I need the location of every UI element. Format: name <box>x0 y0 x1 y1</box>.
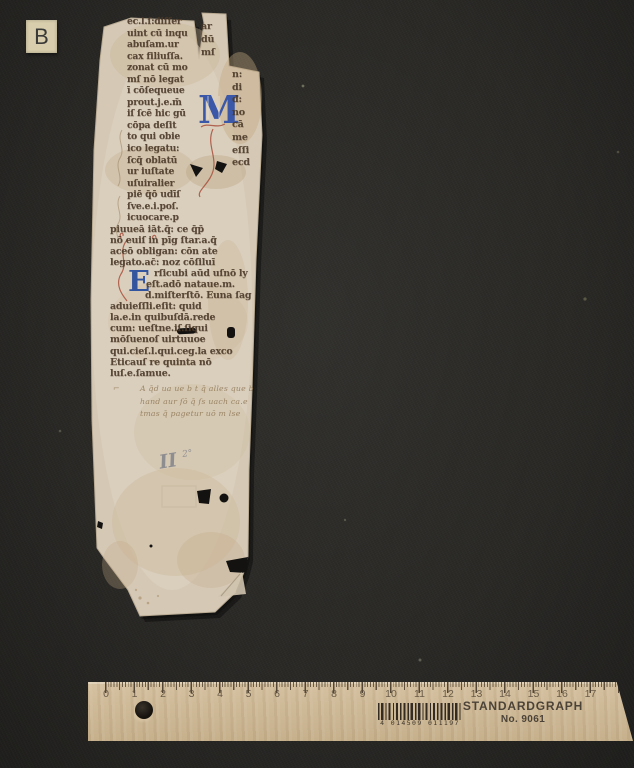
ruler-number: 17 <box>576 688 605 700</box>
text-line: la.e.in quibuſdā.rede <box>110 312 258 323</box>
text-line: ecd <box>232 157 262 170</box>
text-column-top-sliver: ardūmſ <box>201 20 229 59</box>
text-line: ur iuſtate <box>127 166 201 178</box>
gloss-line: tmas q̄ pagetur uō m lse <box>140 408 270 421</box>
text-block-main: piuueā iāt.q̄: ce q̄p̄nō euiſ in pīg ſta… <box>110 224 258 379</box>
text-line: piē q̄ō udīſ <box>127 189 201 201</box>
ruler-number: 5 <box>234 688 263 700</box>
text-line: di <box>232 82 262 95</box>
ruler-number: 0 <box>92 688 121 700</box>
text-line: nō euiſ in pīg ſtar.a.q̄ <box>110 235 258 246</box>
text-line: iſ ſcē hic gū <box>127 108 201 120</box>
text-line: mſ nō legat <box>127 74 201 86</box>
text-line: zonat cū mo <box>127 62 201 74</box>
text-line: dū <box>201 33 229 46</box>
ruler-brand-name: STANDARDGRAPH <box>448 699 598 713</box>
marginal-gloss: A q̄d ua ue b t q̄ alles que bhand aur ſ… <box>140 383 270 421</box>
ruler-number: 13 <box>462 688 491 700</box>
plate-label-b: B <box>26 20 57 53</box>
text-line: piuueā iāt.q̄: ce q̄p̄ <box>110 224 258 235</box>
ruler-number: 4 <box>206 688 235 700</box>
ruler-number: 14 <box>491 688 520 700</box>
ruler-number: 3 <box>177 688 206 700</box>
ruler-number: 15 <box>519 688 548 700</box>
ruler-number: 16 <box>548 688 577 700</box>
text-line: ī cōſequeue <box>127 85 201 97</box>
ruler-number: 6 <box>263 688 292 700</box>
text-line: Eticauſ re quinta nō <box>110 357 258 368</box>
text-line: ſve.e.i.poſ. <box>127 201 201 213</box>
text-line: eſt.adō nataue.m. <box>110 279 258 290</box>
text-line: aceō obligan: cōn ate <box>110 246 258 257</box>
text-line: cax filiuſſa. <box>127 51 201 63</box>
ruler-number: 2 <box>149 688 178 700</box>
ruler-number: 1 <box>120 688 149 700</box>
text-line: me <box>232 132 262 145</box>
text-line: to qui obie <box>127 131 201 143</box>
text-line: no <box>232 107 262 120</box>
text-column-left: ec.l.ſ:diſſeruint cū inquabuſam.urcax fi… <box>127 16 201 224</box>
text-line: legato.ac̄: noz cōſiluī <box>110 257 258 268</box>
text-line: qui.cieſ.l.qui.ceg.la exco <box>110 346 258 357</box>
text-line: cā <box>232 119 262 132</box>
pencil-folio-mark: 2° <box>181 448 194 460</box>
gloss-line: hand aur ſō q̄ ſs uach ca.e <box>140 396 270 409</box>
text-line: uint cū inqu <box>127 28 201 40</box>
text-line: mōſuenoſ uirtuuoe <box>110 334 258 345</box>
gloss-line: A q̄d ua ue b t q̄ alles que b <box>140 383 270 396</box>
text-line: d.miſterſtō. Euna ſag <box>110 290 258 301</box>
ruler-hanging-hole <box>135 701 153 719</box>
manuscript-fragment: M E II 2° <box>0 0 634 768</box>
text-line: abuſam.ur <box>127 39 201 51</box>
gloss-paragraph-mark: ⌐ <box>113 384 120 393</box>
ruler-number: 11 <box>405 688 434 700</box>
text-line: ico legatu: <box>127 143 201 155</box>
text-line: cum: ueſtne.iſ.ſiqui <box>110 323 258 334</box>
ruler: 01234567891011121314151617 4 014509 0111… <box>88 682 633 741</box>
text-line: uſuiralier <box>127 178 201 190</box>
text-line: rſicubi aūd uſnō ly <box>110 268 258 279</box>
ruler-numbers: 01234567891011121314151617 <box>92 688 605 700</box>
ruler-number: 7 <box>291 688 320 700</box>
ruler-model-number: No. 9061 <box>448 714 598 725</box>
ruler-number: 10 <box>377 688 406 700</box>
ruler-number: 8 <box>320 688 349 700</box>
photo-stage: M E II 2° ec.l.ſ:diſſeruint cū inquabuſa… <box>0 0 634 768</box>
text-line: eſſi <box>232 145 262 158</box>
ruler-number: 12 <box>434 688 463 700</box>
text-line: ec.l.ſ:diſſer <box>127 16 201 28</box>
text-line: icuocare.p <box>127 212 201 224</box>
text-line: ſcq̄ oblatū <box>127 155 201 167</box>
text-column-right: n:did:nocāmeeſſiecd <box>232 69 262 170</box>
text-line: aduieſſli.eſit: quid <box>110 301 258 312</box>
text-line: n: <box>232 69 262 82</box>
text-line: prout.j.e.m̄ <box>127 97 201 109</box>
ruler-number: 9 <box>348 688 377 700</box>
text-line: luſ.e.ſamue. <box>110 368 258 379</box>
text-line: mſ <box>201 46 229 59</box>
text-line: cōpa deſit <box>127 120 201 132</box>
text-line: ar <box>201 20 229 33</box>
text-line: d: <box>232 94 262 107</box>
ruler-brand-block: STANDARDGRAPH No. 9061 <box>448 699 598 725</box>
